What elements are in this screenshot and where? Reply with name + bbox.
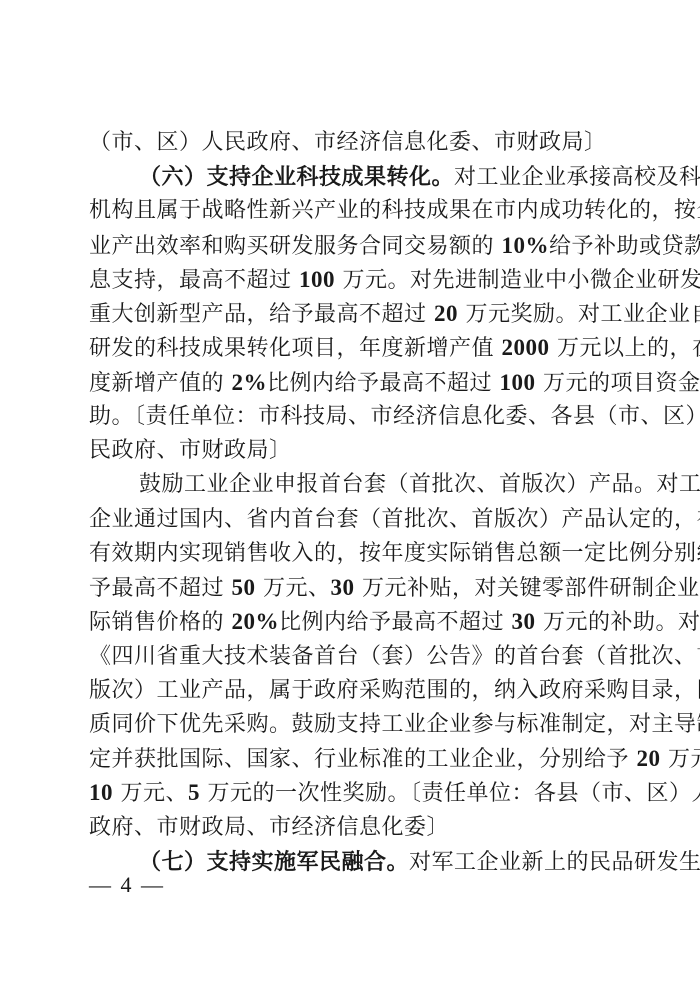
text-line: 际销售价格的 20%比例内给予最高不超过 30 万元的补助。对列入 xyxy=(89,605,611,639)
section-heading: （七）支持实施军民融合。 xyxy=(139,849,409,875)
page-number: — 4 — xyxy=(89,872,165,898)
text-span: 重大创新型产品，给予最高不超过 xyxy=(89,302,434,327)
text-line: 助。〔责任单位：市科技局、市经济信息化委、各县（市、区）人 xyxy=(89,400,611,434)
text-span: 万元的一次性奖励。〔责任单位：各县（市、区）人民 xyxy=(200,781,700,806)
section-heading: （六）支持企业科技成果转化。 xyxy=(139,164,454,190)
text-span: 研发的科技成果转化项目，年度新增产值 xyxy=(89,336,502,361)
text-line: 息支持，最高不超过 100 万元。对先进制造业中小微企业研发的 xyxy=(89,263,611,297)
bold-number: 30 xyxy=(512,609,536,634)
bold-number: 100 xyxy=(500,370,536,395)
bold-number: 2% xyxy=(232,370,268,395)
text-span: 《四川省重大技术装备首台（套）公告》的首台套（首批次、首 xyxy=(89,644,700,669)
text-line: （市、区）人民政府、市经济信息化委、市财政局〕 xyxy=(89,126,611,160)
text-line: 机构且属于战略性新兴产业的科技成果在市内成功转化的，按企 xyxy=(89,194,611,228)
text-line: 政府、市财政局、市经济信息化委〕 xyxy=(89,811,611,845)
bold-number: 30 xyxy=(331,575,355,600)
bold-number: 100 xyxy=(299,267,335,292)
text-span: 助。〔责任单位：市科技局、市经济信息化委、各县（市、区）人 xyxy=(89,404,700,429)
text-span: 际销售价格的 xyxy=(89,610,232,635)
text-line: （六）支持企业科技成果转化。对工业企业承接高校及科研 xyxy=(89,160,611,194)
text-span: 万元。对先进制造业中小微企业研发的 xyxy=(335,268,700,293)
text-line: 重大创新型产品，给予最高不超过 20 万元奖励。对工业企业自主 xyxy=(89,297,611,331)
text-span: 万元、 xyxy=(256,576,331,601)
text-span: 政府、市财政局、市经济信息化委〕 xyxy=(89,815,449,840)
text-span: 万元的项目资金补 xyxy=(536,371,700,396)
document-body: （市、区）人民政府、市经济信息化委、市财政局〕（六）支持企业科技成果转化。对工业… xyxy=(89,126,611,879)
text-span: 比例内给予最高不超过 xyxy=(279,610,512,635)
text-line: 业产出效率和购买研发服务合同交易额的 10%给予补助或贷款贴 xyxy=(89,229,611,263)
bold-number: 20 xyxy=(637,746,661,771)
text-line: 版次）工业产品，属于政府采购范围的，纳入政府采购目录，同 xyxy=(89,674,611,708)
text-span: 万元补贴，对关键零部件研制企业在实 xyxy=(355,576,700,601)
text-span: 版次）工业产品，属于政府采购范围的，纳入政府采购目录，同 xyxy=(89,678,700,703)
bold-number: 50 xyxy=(232,575,256,600)
bold-number: 10% xyxy=(502,233,550,258)
text-span: 万元奖励。对工业企业自主 xyxy=(458,302,700,327)
bold-number: 2000 xyxy=(502,335,550,360)
bold-number: 10 xyxy=(89,780,113,805)
text-line: 研发的科技成果转化项目，年度新增产值 2000 万元以上的，在年 xyxy=(89,331,611,365)
text-span: 万元、 xyxy=(661,747,700,772)
text-span: 企业通过国内、省内首台套（首批次、首版次）产品认定的，在 xyxy=(89,507,700,532)
text-line: 定并获批国际、国家、行业标准的工业企业，分别给予 20 万元、 xyxy=(89,742,611,776)
text-line: 有效期内实现销售收入的，按年度实际销售总额一定比例分别给 xyxy=(89,537,611,571)
bold-number: 20% xyxy=(232,609,280,634)
text-span: 万元、 xyxy=(113,781,188,806)
text-span: （市、区）人民政府、市经济信息化委、市财政局〕 xyxy=(89,130,607,155)
text-span: 万元的补助。对列入 xyxy=(536,610,700,635)
text-line: 度新增产值的 2%比例内给予最高不超过 100 万元的项目资金补 xyxy=(89,366,611,400)
text-span: 息支持，最高不超过 xyxy=(89,268,299,293)
text-span: 度新增产值的 xyxy=(89,371,232,396)
text-span: 予最高不超过 xyxy=(89,576,232,601)
text-line: 企业通过国内、省内首台套（首批次、首版次）产品认定的，在 xyxy=(89,503,611,537)
text-line: 民政府、市财政局〕 xyxy=(89,434,611,468)
text-span: 对工业企业承接高校及科研 xyxy=(454,165,700,190)
text-line: 《四川省重大技术装备首台（套）公告》的首台套（首批次、首 xyxy=(89,640,611,674)
text-span: 业产出效率和购买研发服务合同交易额的 xyxy=(89,234,502,259)
text-span: 万元以上的，在年 xyxy=(550,336,700,361)
bold-number: 20 xyxy=(434,301,458,326)
bold-number: 5 xyxy=(188,780,200,805)
text-line: （七）支持实施军民融合。对军工企业新上的民品研发生产 xyxy=(89,845,611,879)
text-span: 鼓励工业企业申报首台套（首批次、首版次）产品。对工业 xyxy=(139,472,700,497)
text-span: 有效期内实现销售收入的，按年度实际销售总额一定比例分别给 xyxy=(89,541,700,566)
text-span: 质同价下优先采购。鼓励支持工业企业参与标准制定，对主导制 xyxy=(89,712,700,737)
text-span: 给予补助或贷款贴 xyxy=(549,234,700,259)
text-span: 民政府、市财政局〕 xyxy=(89,438,292,463)
text-span: 比例内给予最高不超过 xyxy=(267,371,500,396)
text-line: 鼓励工业企业申报首台套（首批次、首版次）产品。对工业 xyxy=(89,468,611,502)
text-line: 质同价下优先采购。鼓励支持工业企业参与标准制定，对主导制 xyxy=(89,708,611,742)
text-span: 机构且属于战略性新兴产业的科技成果在市内成功转化的，按企 xyxy=(89,198,700,223)
text-span: 定并获批国际、国家、行业标准的工业企业，分别给予 xyxy=(89,747,637,772)
text-line: 予最高不超过 50 万元、30 万元补贴，对关键零部件研制企业在实 xyxy=(89,571,611,605)
text-line: 10 万元、5 万元的一次性奖励。〔责任单位：各县（市、区）人民 xyxy=(89,776,611,810)
text-span: 对军工企业新上的民品研发生产 xyxy=(409,850,700,875)
